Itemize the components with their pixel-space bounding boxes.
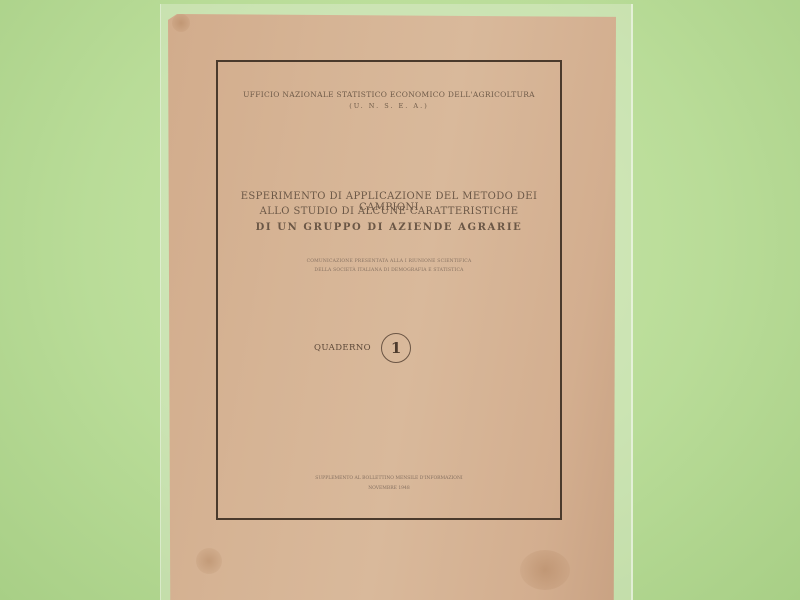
title-line-3: DI UN GRUPPO DI AZIENDE AGRARIE xyxy=(216,222,562,233)
stain xyxy=(520,550,570,590)
series-block: QUADERNO 1 xyxy=(300,333,500,363)
stain xyxy=(196,548,222,574)
series-number-badge: 1 xyxy=(381,333,411,363)
note-line-2: DELLA SOCIETÀ ITALIANA DI DEMOGRAFIA E S… xyxy=(216,268,562,273)
footer-line-1: SUPPLEMENTO AL BOLLETTINO MENSILE D'INFO… xyxy=(216,476,562,481)
organization-name: UFFICIO NAZIONALE STATISTICO ECONOMICO D… xyxy=(216,90,562,99)
organization-abbr: (U. N. S. E. A.) xyxy=(216,102,562,110)
note-line-1: COMUNICAZIONE PRESENTATA ALLA I RIUNIONE… xyxy=(216,259,562,264)
footer-line-2: NOVEMBRE 1948 xyxy=(216,486,562,491)
series-label: QUADERNO xyxy=(314,343,371,353)
stain xyxy=(172,14,190,32)
title-line-2: ALLO STUDIO DI ALCUNE CARATTERISTICHE xyxy=(216,206,562,217)
cover-frame xyxy=(216,60,562,520)
